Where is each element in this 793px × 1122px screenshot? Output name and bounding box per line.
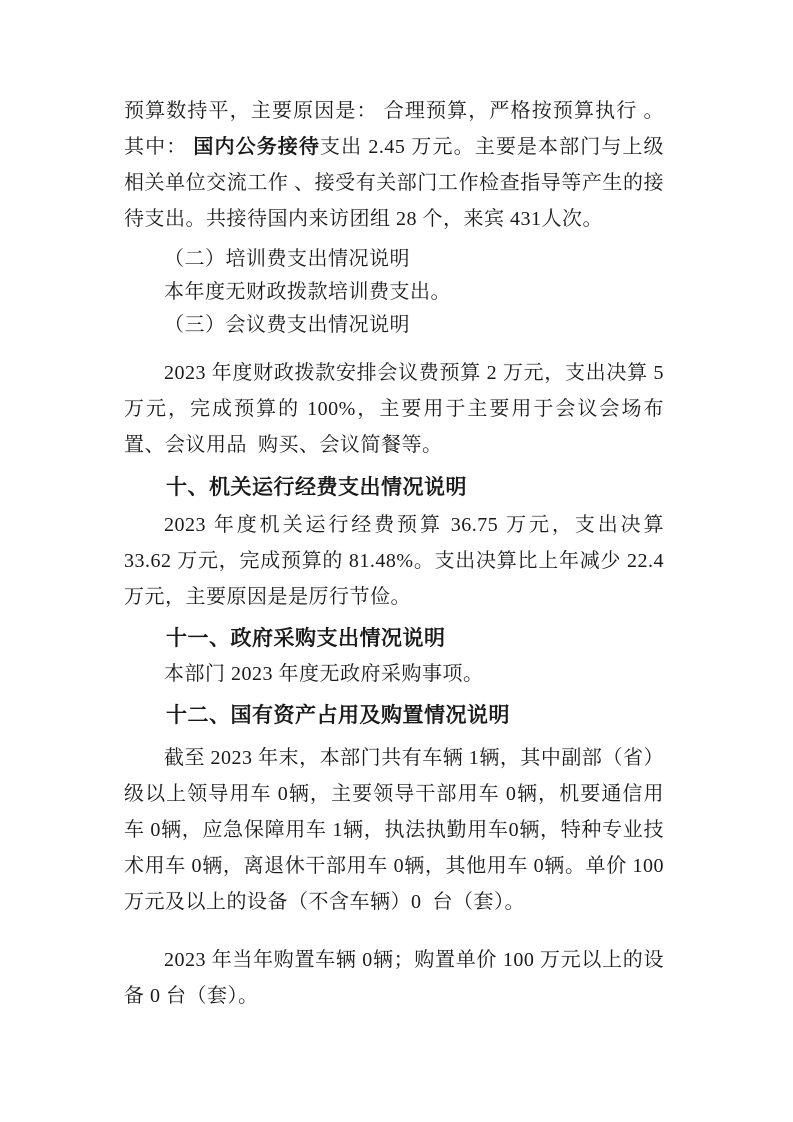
paragraph-agency-operating-expense: 2023 年度机关运行经费预算 36.75 万元，支出决算 33.62 万元，完…: [124, 507, 664, 615]
paragraph-training-fee: 本年度无财政拨款培训费支出。: [124, 276, 664, 309]
paragraph-meeting-fee: 2023 年度财政拨款安排会议费预算 2 万元，支出决算 5 万元，完成预算的 …: [124, 355, 664, 463]
paragraph-budget-explanation: 预算数持平，主要原因是： 合理预算，严格按预算执行 。其中： 国内公务接待支出 …: [124, 93, 664, 237]
paragraph-government-procurement: 本部门 2023 年度无政府采购事项。: [124, 658, 664, 691]
heading-agency-operating-expense: 十、机关运行经费支出情况说明: [124, 469, 664, 507]
heading-government-procurement: 十一、政府采购支出情况说明: [124, 620, 664, 658]
paragraph-vehicle-assets: 截至 2023 年末，本部门共有车辆 1辆，其中副部（省） 级以上领导用车 0辆…: [124, 740, 664, 920]
document-page: 预算数持平，主要原因是： 合理预算，严格按预算执行 。其中： 国内公务接待支出 …: [0, 0, 793, 1122]
heading-state-owned-assets: 十二、国有资产占用及购置情况说明: [124, 697, 664, 735]
subheading-training-fee: （二）培训费支出情况说明: [124, 243, 664, 276]
subheading-meeting-fee: （三）会议费支出情况说明: [124, 309, 664, 342]
paragraph-current-year-purchase: 2023 年当年购置车辆 0辆；购置单价 100 万元以上的设 备 0 台（套）…: [124, 942, 664, 1014]
bold-text-domestic-official-reception: 国内公务接待: [193, 136, 320, 158]
